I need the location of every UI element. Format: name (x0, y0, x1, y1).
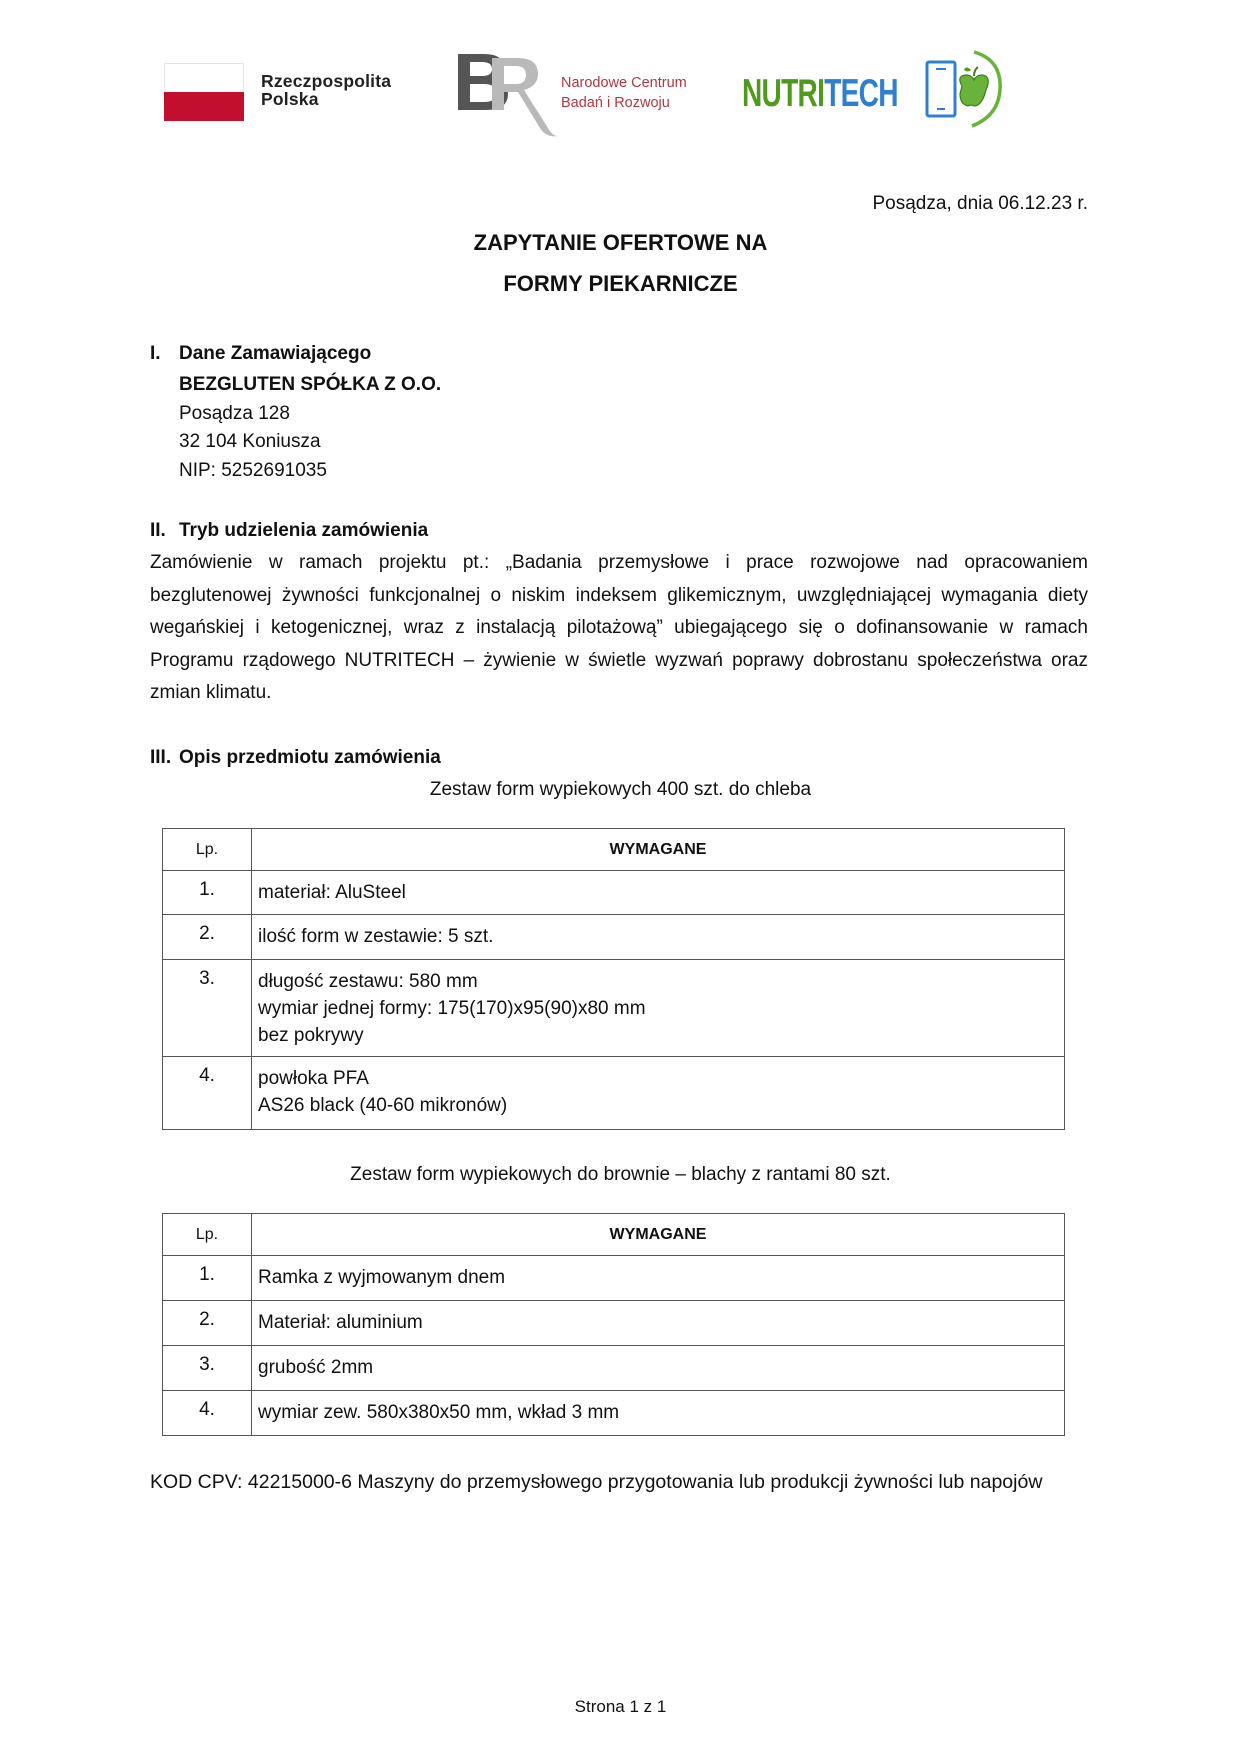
table-row: 2. Materiał: aluminium (163, 1301, 1065, 1346)
row-line: wymiar jednej formy: 175(170)x95(90)x80 … (258, 995, 1058, 1022)
column-header-required: WYMAGANE (252, 1214, 1065, 1256)
row-value: ilość form w zestawie: 5 szt. (252, 915, 1065, 960)
row-line: grubość 2mm (258, 1354, 1058, 1381)
table1-caption: Zestaw form wypiekowych 400 szt. do chle… (0, 779, 1241, 801)
row-value: Ramka z wyjmowanym dnem (252, 1256, 1065, 1301)
section2-number: II. (150, 520, 179, 542)
table2-caption: Zestaw form wypiekowych do brownie – bla… (0, 1164, 1241, 1186)
row-number: 4. (163, 1057, 252, 1130)
column-header-lp: Lp. (163, 829, 252, 871)
ncbr-line2: Badań i Rozwoju (561, 93, 687, 113)
table-header-row: Lp. WYMAGANE (163, 829, 1065, 871)
document-title-line1: ZAPYTANIE OFERTOWE NA (0, 230, 1241, 256)
row-value: długość zestawu: 580 mm wymiar jednej fo… (252, 960, 1065, 1057)
row-value: powłoka PFA AS26 black (40-60 mikronów) (252, 1057, 1065, 1130)
table-row: 4. powłoka PFA AS26 black (40-60 mikronó… (163, 1057, 1065, 1130)
ncbr-logo-text: Narodowe Centrum Badań i Rozwoju (561, 73, 687, 113)
row-line: ilość form w zestawie: 5 szt. (258, 923, 1058, 950)
nutritech-logo-text: NUTRITECH (742, 72, 898, 116)
row-number: 4. (163, 1391, 252, 1436)
phone-apple-icon (924, 48, 1004, 128)
section1-heading-text: Dane Zamawiającego (179, 343, 371, 364)
row-number: 1. (163, 871, 252, 915)
row-line: powłoka PFA (258, 1065, 1058, 1092)
row-line: materiał: AluSteel (258, 879, 1058, 906)
row-number: 3. (163, 960, 252, 1057)
table-row: 3. długość zestawu: 580 mm wymiar jednej… (163, 960, 1065, 1057)
cpv-code: KOD CPV: 42215000-6 Maszyny do przemysło… (150, 1466, 1088, 1498)
row-number: 1. (163, 1256, 252, 1301)
buyer-details: BEZGLUTEN SPÓŁKA Z O.O. Posądza 128 32 1… (179, 371, 441, 485)
ncbr-line1: Narodowe Centrum (561, 73, 687, 93)
row-line: AS26 black (40-60 mikronów) (258, 1092, 1058, 1119)
company-name: BEZGLUTEN SPÓŁKA Z O.O. (179, 371, 441, 400)
section3-heading-text: Opis przedmiotu zamówienia (179, 747, 441, 768)
table-row: 4. wymiar zew. 580x380x50 mm, wkład 3 mm (163, 1391, 1065, 1436)
column-header-required: WYMAGANE (252, 829, 1065, 871)
row-line: Ramka z wyjmowanym dnem (258, 1264, 1058, 1291)
section2-body: Zamówienie w ramach projektu pt.: „Badan… (150, 547, 1088, 710)
nip-number: NIP: 5252691035 (179, 457, 441, 486)
nutritech-part1: NUTRI (742, 72, 824, 115)
table-row: 2. ilość form w zestawie: 5 szt. (163, 915, 1065, 960)
row-value: materiał: AluSteel (252, 871, 1065, 915)
section3-number: III. (150, 747, 179, 769)
row-line: bez pokrywy (258, 1022, 1058, 1049)
ncbr-br-logo-icon (452, 48, 560, 138)
rp-line1: Rzeczpospolita (261, 72, 391, 90)
section3-heading: III.Opis przedmiotu zamówienia (150, 747, 441, 769)
row-line: długość zestawu: 580 mm (258, 968, 1058, 995)
row-value: wymiar zew. 580x380x50 mm, wkład 3 mm (252, 1391, 1065, 1436)
row-value: grubość 2mm (252, 1346, 1065, 1391)
address-street: Posądza 128 (179, 400, 441, 429)
address-city: 32 104 Koniusza (179, 428, 441, 457)
table-row: 1. Ramka z wyjmowanym dnem (163, 1256, 1065, 1301)
nutritech-part2: TECH (824, 72, 898, 115)
spec-table-brownie-forms: Lp. WYMAGANE 1. Ramka z wyjmowanym dnem … (162, 1213, 1065, 1436)
table-row: 1. materiał: AluSteel (163, 871, 1065, 915)
row-line: Materiał: aluminium (258, 1309, 1058, 1336)
document-title-line2: FORMY PIEKARNICZE (0, 271, 1241, 297)
row-number: 2. (163, 915, 252, 960)
section1-number: I. (150, 343, 179, 365)
spec-table-bread-forms: Lp. WYMAGANE 1. materiał: AluSteel 2. il… (162, 828, 1065, 1130)
section2-heading-text: Tryb udzielenia zamówienia (179, 520, 428, 541)
table-header-row: Lp. WYMAGANE (163, 1214, 1065, 1256)
rp-line2: Polska (261, 90, 391, 108)
date-line: Posądza, dnia 06.12.23 r. (873, 193, 1089, 215)
section1-heading: I.Dane Zamawiającego (150, 343, 371, 365)
polish-flag-logo (164, 63, 244, 121)
row-number: 3. (163, 1346, 252, 1391)
row-value: Materiał: aluminium (252, 1301, 1065, 1346)
page-number-footer: Strona 1 z 1 (0, 1697, 1241, 1717)
table-row: 3. grubość 2mm (163, 1346, 1065, 1391)
row-line: wymiar zew. 580x380x50 mm, wkład 3 mm (258, 1399, 1058, 1426)
rzeczpospolita-polska-logo-text: Rzeczpospolita Polska (261, 72, 391, 108)
column-header-lp: Lp. (163, 1214, 252, 1256)
row-number: 2. (163, 1301, 252, 1346)
section2-heading: II.Tryb udzielenia zamówienia (150, 520, 428, 542)
